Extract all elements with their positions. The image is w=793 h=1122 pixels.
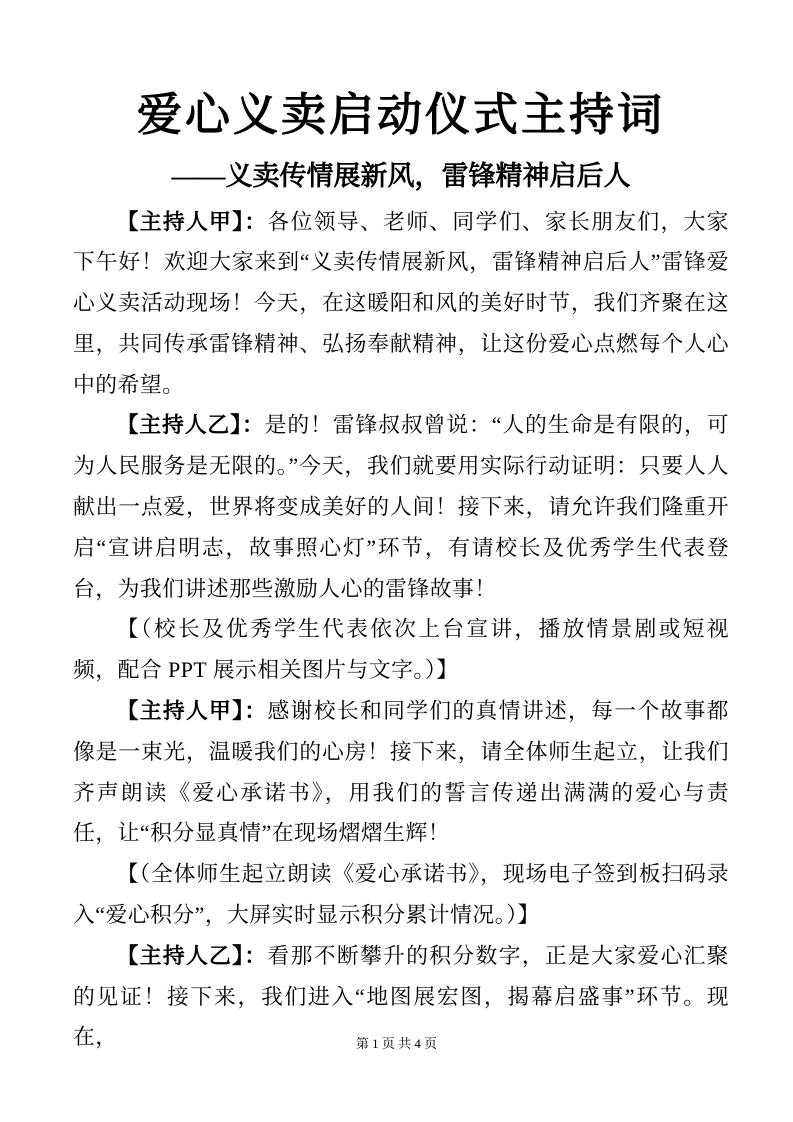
speaker-label: 【主持人甲】： [117, 210, 268, 234]
paragraph-host-a-2: 【主持人甲】：感谢校长和同学们的真情讲述，每一个故事都像是一束光，温暖我们的心房… [73, 691, 729, 854]
paragraph-text: 各位领导、老师、同学们、家长朋友们，大家下午好！欢迎大家来到“义卖传情展新风，雷… [73, 210, 729, 397]
document-content: 爱心义卖启动仪式主持词 ——义卖传情展新风，雷锋精神启后人 【主持人甲】：各位领… [73, 0, 729, 1058]
paragraph-text: 【（全体师生起立朗读《爱心承诺书》，现场电子签到板扫码录入“爱心积分”，大屏实时… [73, 862, 729, 927]
paragraph-host-a-1: 【主持人甲】：各位领导、老师、同学们、家长朋友们，大家下午好！欢迎大家来到“义卖… [73, 202, 729, 406]
page-number-footer: 第 1 页 共 4 页 [0, 1035, 793, 1053]
paragraph-text: 【（校长及优秀学生代表依次上台宣讲，播放情景剧或短视频，配合 PPT 展示相关图… [73, 617, 729, 682]
paragraph-host-b-1: 【主持人乙】：是的！雷锋叔叔曾说：“人的生命是有限的，可为人民服务是无限的。”今… [73, 405, 729, 609]
speaker-label: 【主持人乙】： [117, 413, 265, 437]
document-body: 【主持人甲】：各位领导、老师、同学们、家长朋友们，大家下午好！欢迎大家来到“义卖… [73, 202, 729, 1059]
paragraph-stage-direction-1: 【（校长及优秀学生代表依次上台宣讲，播放情景剧或短视频，配合 PPT 展示相关图… [73, 609, 729, 691]
speaker-label: 【主持人乙】： [117, 944, 268, 968]
paragraph-stage-direction-2: 【（全体师生起立朗读《爱心承诺书》，现场电子签到板扫码录入“爱心积分”，大屏实时… [73, 854, 729, 936]
page-title: 爱心义卖启动仪式主持词 [73, 86, 729, 145]
speaker-label: 【主持人甲】： [117, 699, 268, 723]
page-subtitle: ——义卖传情展新风，雷锋精神启后人 [73, 159, 729, 194]
paragraph-text: 是的！雷锋叔叔曾说：“人的生命是有限的，可为人民服务是无限的。”今天，我们就要用… [73, 413, 729, 600]
document-page: 爱心义卖启动仪式主持词 ——义卖传情展新风，雷锋精神启后人 【主持人甲】：各位领… [0, 0, 793, 1122]
